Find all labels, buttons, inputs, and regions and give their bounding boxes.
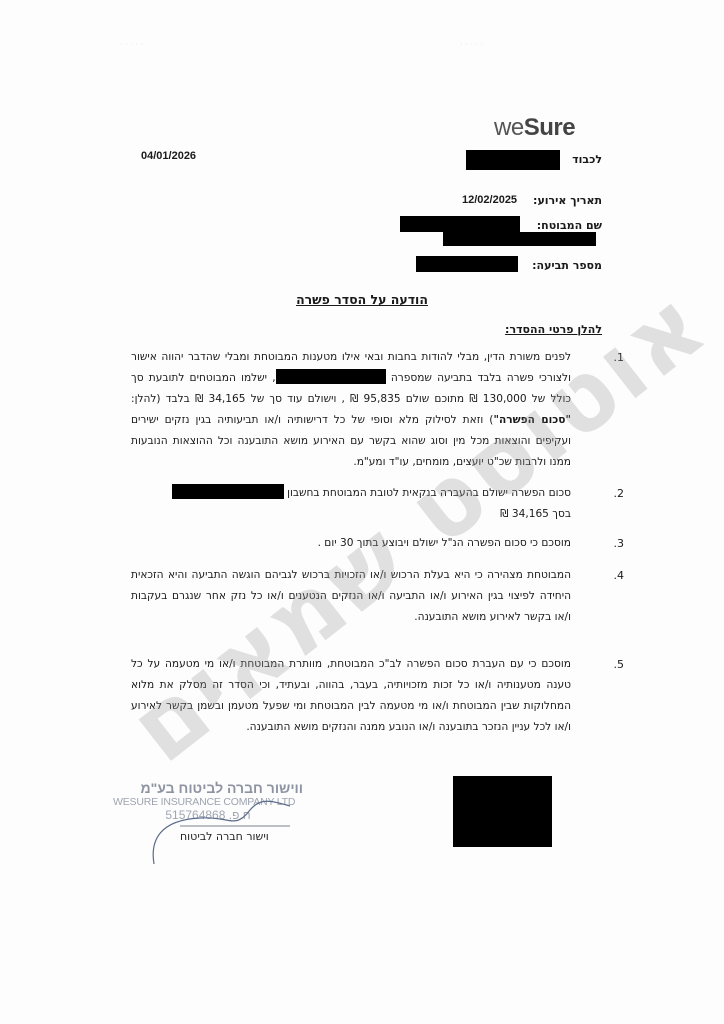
redacted-signature: [453, 776, 552, 847]
company-logo: weSure: [494, 114, 575, 142]
redacted-claim-number: [416, 256, 518, 272]
settlement-item-2: סכום הפשרה ישולם בהעברה בנקאית לטובת המב…: [131, 483, 571, 525]
redacted-bank-account: [172, 484, 284, 499]
document-title: הודעה על הסדר פשרה: [0, 292, 724, 307]
signatory-name: וישור חברה לביטוח: [180, 830, 269, 843]
item-number: .4: [604, 569, 624, 582]
redacted-recipient: [466, 150, 560, 170]
settlement-item-5: מוסכם כי עם העברת סכום הפשרה לב"כ המבוטח…: [131, 654, 571, 738]
item-number: .3: [604, 537, 624, 550]
settlement-item-4: המבוטחת מצהירה כי היא בעלת הרכוש ו/או הז…: [131, 565, 571, 628]
scan-artifact: · · · · ·: [120, 40, 143, 49]
to-label: לכבוד: [572, 153, 602, 166]
item-number: .5: [604, 658, 624, 671]
item-number: .1: [604, 351, 624, 364]
redacted-insured-name: [400, 216, 520, 232]
item-number: .2: [604, 487, 624, 500]
section-subtitle: להלן פרטי ההסדר:: [505, 323, 602, 336]
event-date-value: 12/02/2025: [462, 194, 517, 206]
redacted-case-number: [276, 369, 386, 384]
settlement-item-3: מוסכם כי סכום הפשרה הנ"ל ישולם ויבוצע בת…: [131, 533, 571, 554]
insured-name-label: שם המבוטח:: [537, 219, 602, 232]
document-page: · · · · · · · · · · weSure 04/01/2026 לכ…: [0, 0, 724, 1024]
event-date-label: תאריך אירוע:: [533, 194, 602, 207]
scan-artifact: · · · · ·: [460, 40, 483, 49]
redacted-insured-name-2: [443, 232, 596, 246]
settlement-item-1: לפנים משורת הדין, מבלי להודות בחבות ובאי…: [131, 347, 571, 473]
claim-number-label: מספר תביעה:: [532, 259, 602, 272]
document-date: 04/01/2026: [141, 150, 196, 162]
